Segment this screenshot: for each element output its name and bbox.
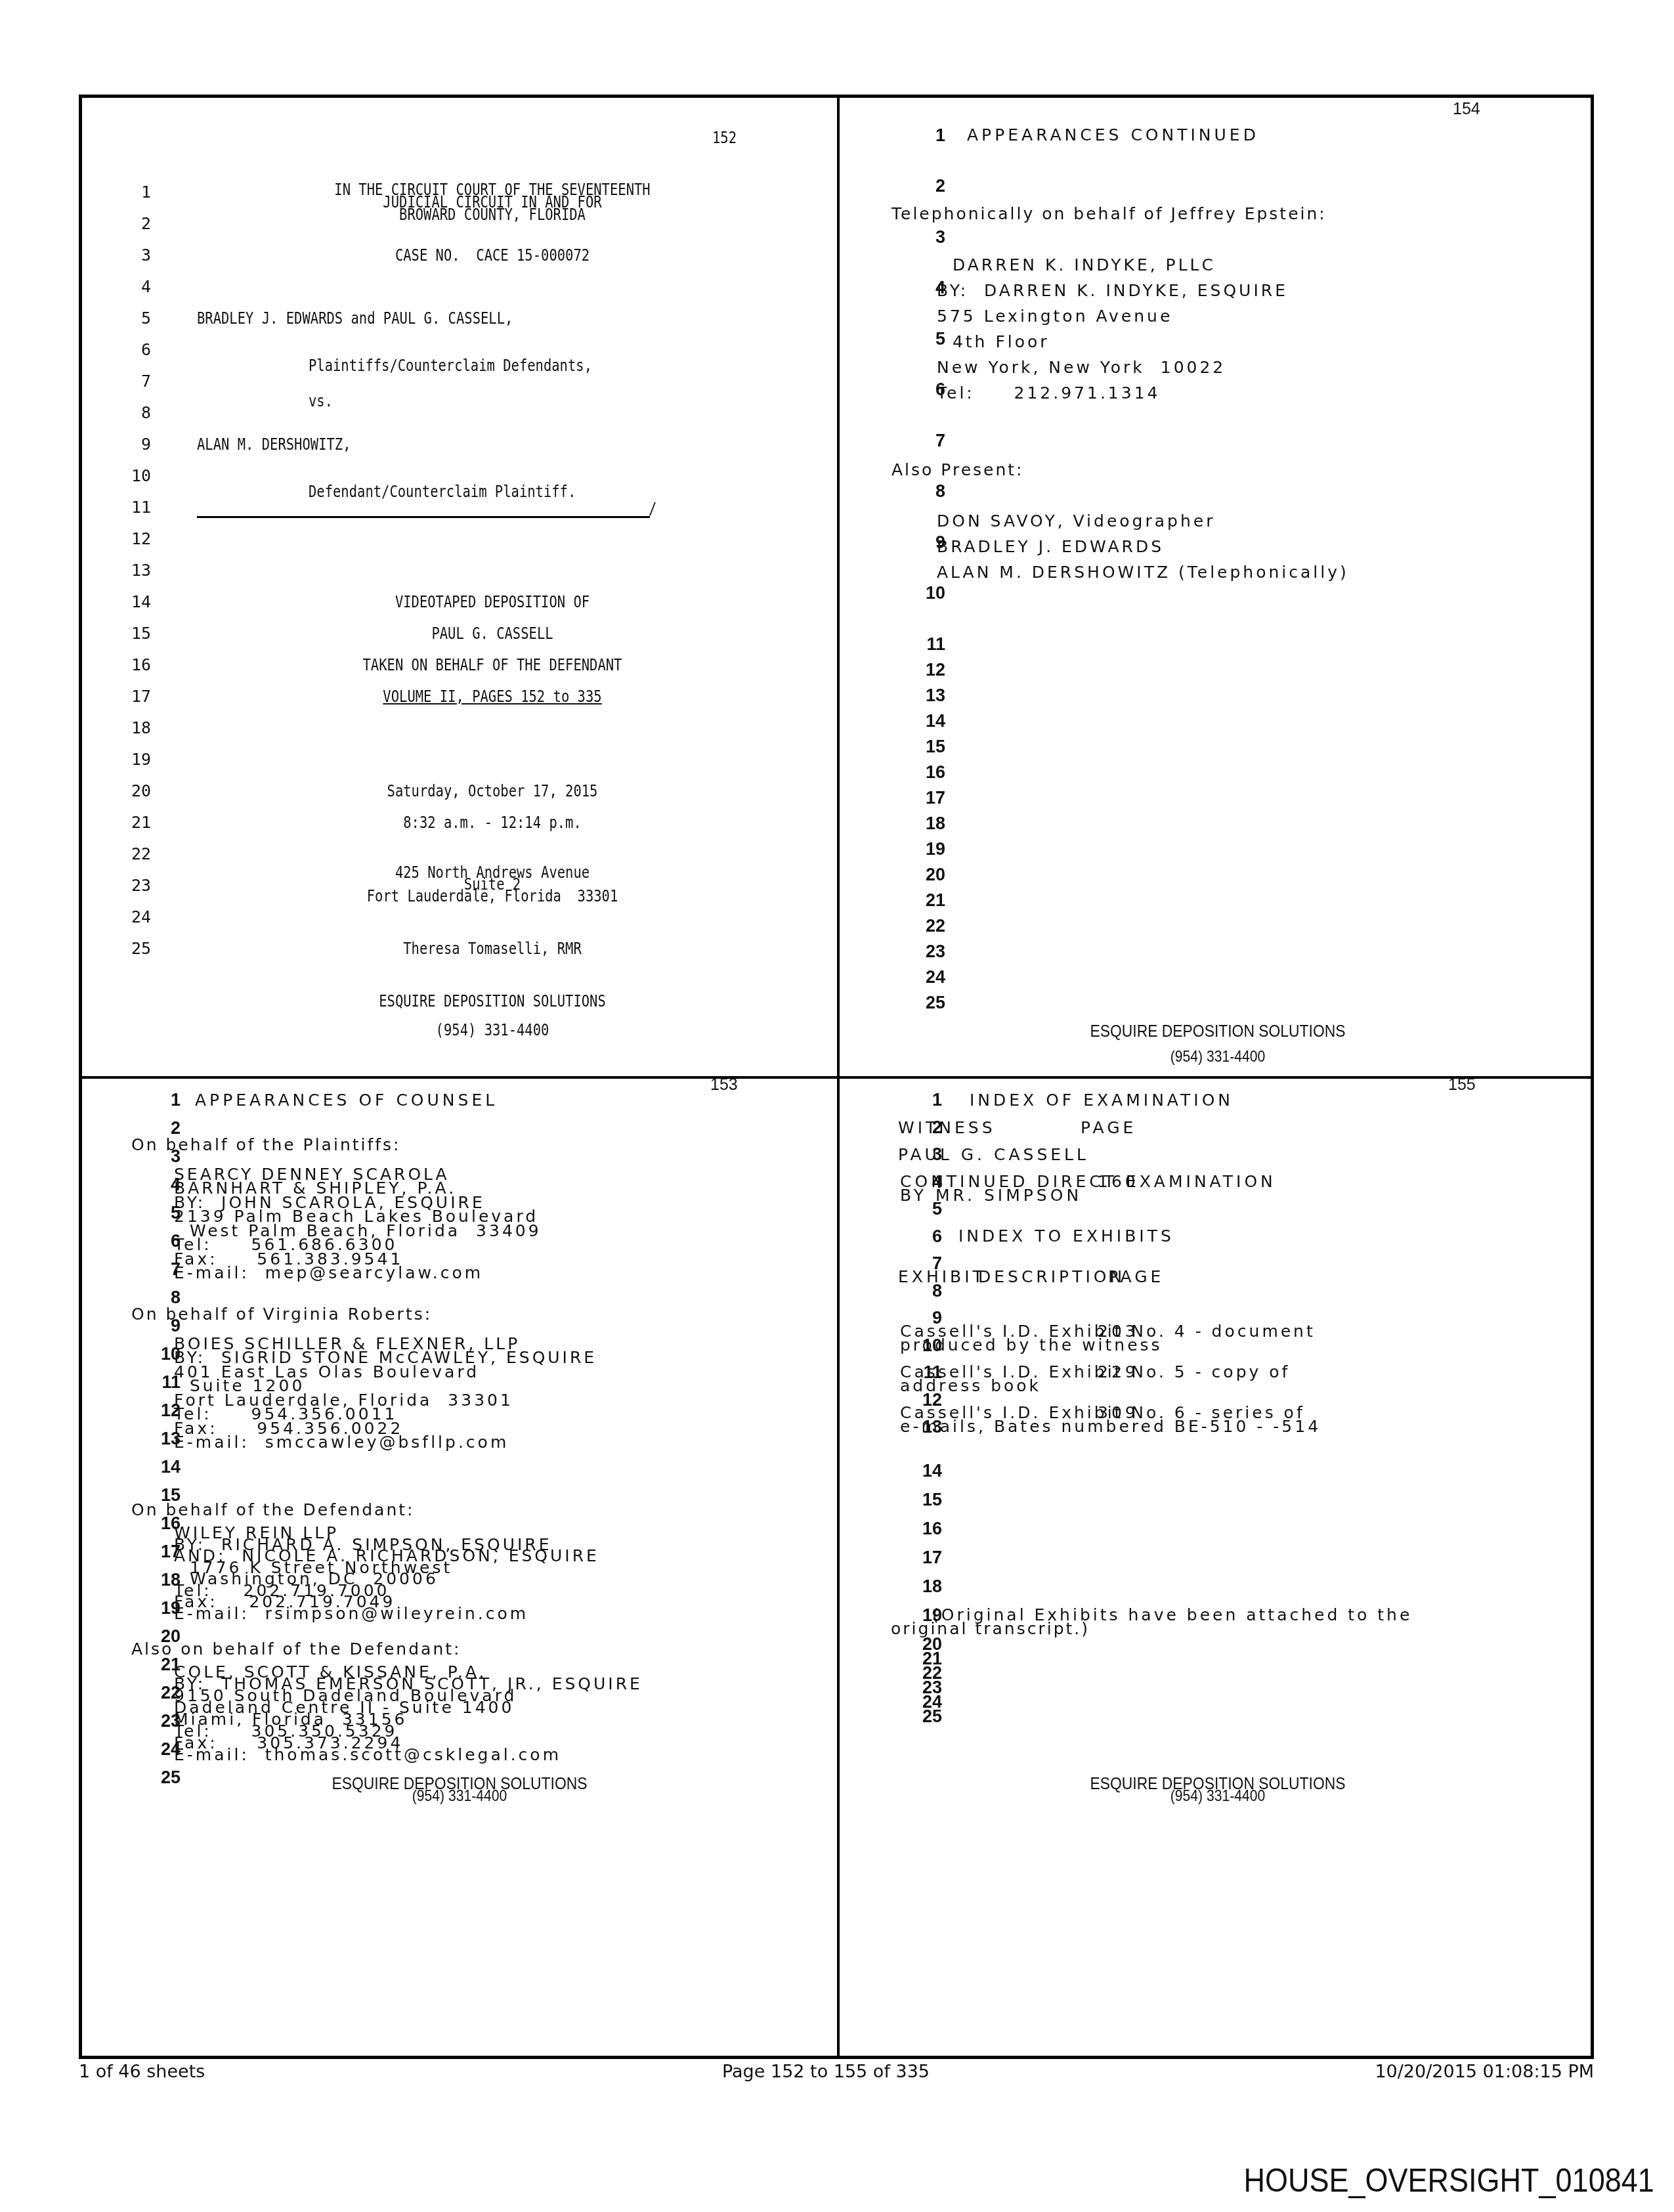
caption-rule (197, 516, 650, 518)
witness-name: PAUL G. CASSELL (250, 625, 735, 641)
counsel-line: New York, New York 10022 (937, 359, 1226, 376)
counsel-line: E-mail: thomas.scott@csklegal.com (174, 1746, 561, 1763)
line-number: 18 (112, 720, 151, 736)
line-number: 6 (112, 341, 151, 358)
line-number: 4 (112, 278, 151, 295)
defendant-role: Defendant/Counterclaim Plaintiff. (309, 483, 576, 500)
footer-phone: (954) 331-4400 (127, 1789, 792, 1804)
court-name-line3: BROWARD COUNTY, FLORIDA (250, 206, 735, 223)
attendee: DON SAVOY, Videographer (937, 513, 1215, 529)
witness-column-header: WITNESS (898, 1119, 996, 1136)
party-label-also-defendant: Also on behalf of the Defendant: (131, 1641, 461, 1657)
footer-phone: (954) 331-4400 (891, 1789, 1544, 1804)
line-number: 8 (112, 404, 151, 421)
line-number: 24 (112, 909, 151, 925)
counsel-line: E-mail: smccawley@bsfllp.com (174, 1434, 509, 1450)
deposition-title: VIDEOTAPED DEPOSITION OF (250, 594, 735, 610)
also-present-label: Also Present: (891, 462, 1024, 478)
counsel-line: 575 Lexington Avenue (937, 308, 1172, 324)
witness-name: PAUL G. CASSELL (898, 1146, 1089, 1163)
line-number: 1 (112, 184, 151, 200)
line-number: 18 (906, 815, 945, 833)
line-number: 15 (112, 625, 151, 641)
footer-company: ESQUIRE DEPOSITION SOLUTIONS (891, 1022, 1544, 1039)
deposition-time: 8:32 a.m. - 12:14 p.m. (250, 814, 735, 831)
line-number: 17 (112, 688, 151, 705)
volume-pages: VOLUME II, PAGES 152 to 335 (250, 688, 735, 705)
deposition-date: Saturday, October 17, 2015 (250, 783, 735, 799)
examination-by: BY MR. SIMPSON (900, 1187, 1082, 1204)
line-number: 22 (112, 846, 151, 862)
party-label-roberts: On behalf of Virginia Roberts: (131, 1306, 432, 1322)
line-number: 10 (112, 467, 151, 484)
line-number: 5 (112, 310, 151, 326)
line-number: 13 (112, 562, 151, 578)
line-number: 23 (112, 877, 151, 894)
line-number: 25 (112, 940, 151, 957)
line-number: 8 (906, 483, 945, 500)
page-number: 153 (710, 1077, 738, 1093)
line-number: 10 (906, 584, 945, 602)
counsel-line: BY: DARREN K. INDYKE, ESQUIRE (937, 282, 1288, 299)
line-number: 11 (112, 499, 151, 515)
line-number: 18 (903, 1578, 942, 1595)
print-timestamp: 10/20/2015 01:08:15 PM (1375, 2063, 1594, 2081)
page-number: 154 (1453, 101, 1480, 118)
counsel-line: 4th Floor (937, 334, 1050, 350)
taken-on-behalf: TAKEN ON BEHALF OF THE DEFENDANT (250, 657, 735, 673)
party-label-epstein: Telephonically on behalf of Jeffrey Epst… (891, 206, 1327, 222)
line-number: 12 (906, 661, 945, 679)
line-number: 7 (112, 373, 151, 389)
page-number: 152 (712, 129, 737, 146)
exhibit-page: 229 (1098, 1364, 1139, 1380)
line-number: 14 (906, 712, 945, 730)
party-label-defendant: On behalf of the Defendant: (131, 1502, 415, 1518)
exhibits-heading: INDEX TO EXHIBITS (958, 1228, 1174, 1244)
line-number: 23 (906, 943, 945, 961)
section-heading: APPEARANCES CONTINUED (967, 127, 1259, 143)
line-number: 3 (906, 228, 945, 246)
line-number: 2 (112, 215, 151, 232)
attendee: ALAN M. DERSHOWITZ (Telephonically) (937, 564, 1349, 580)
exhibit-page: 203 (1098, 1323, 1139, 1339)
versus: vs. (309, 393, 333, 409)
line-number: 19 (112, 751, 151, 768)
bates-number: HOUSE_OVERSIGHT_010841 (1244, 2164, 1654, 2197)
line-number: 17 (903, 1549, 942, 1567)
plaintiffs-role: Plaintiffs/Counterclaim Defendants, (309, 357, 592, 374)
line-number: 24 (906, 968, 945, 986)
page-column-header: PAGE (1081, 1119, 1136, 1136)
line-number: 8 (141, 1289, 181, 1307)
line-number: 14 (141, 1458, 181, 1476)
caption-rule-end: / (649, 500, 656, 517)
counsel-line: Tel: 212.971.1314 (937, 385, 1160, 401)
page-range: Page 152 to 155 of 335 (722, 2063, 930, 2081)
line-number: 13 (906, 687, 945, 705)
line-number: 11 (906, 636, 945, 653)
sheet-count: 1 of 46 sheets (79, 2063, 205, 2081)
plaintiffs-names: BRADLEY J. EDWARDS and PAUL G. CASSELL, (197, 310, 513, 326)
exhibit-description-cont: address book (900, 1377, 1041, 1394)
line-number: 25 (903, 1708, 942, 1725)
address-line3: Fort Lauderdale, Florida 33301 (250, 888, 735, 904)
exhibits-note-cont: original transcript.) (891, 1620, 1090, 1637)
exhibit-page: 309 (1098, 1404, 1139, 1421)
footer-company: ESQUIRE DEPOSITION SOLUTIONS (250, 993, 735, 1009)
line-number: 16 (903, 1520, 942, 1538)
line-number: 15 (906, 738, 945, 756)
line-number: 1 (906, 127, 945, 144)
line-number: 20 (906, 866, 945, 884)
line-number: 22 (906, 917, 945, 935)
row-divider (79, 1076, 1594, 1079)
attendee: BRADLEY J. EDWARDS (937, 538, 1164, 555)
party-label-plaintiffs: On behalf of the Plaintiffs: (131, 1137, 401, 1153)
line-number: 9 (112, 436, 151, 452)
line-number: 2 (906, 177, 945, 195)
line-number: 16 (906, 764, 945, 781)
line-number: 14 (903, 1462, 942, 1480)
line-number: 20 (112, 783, 151, 799)
counsel-line: E-mail: rsimpson@wileyrein.com (174, 1605, 528, 1622)
line-number: 21 (906, 892, 945, 909)
court-reporter: Theresa Tomaselli, RMR (250, 940, 735, 957)
line-number: 17 (906, 789, 945, 807)
exhibit-page-column-header: PAGE (1108, 1269, 1164, 1285)
case-number: CASE NO. CACE 15-000072 (250, 247, 735, 263)
defendant-name: ALAN M. DERSHOWITZ, (197, 436, 351, 452)
examination-page: 160 (1098, 1173, 1139, 1190)
section-heading: APPEARANCES OF COUNSEL (195, 1092, 498, 1108)
description-column-header: DESCRIPTION (978, 1269, 1125, 1285)
line-number: 16 (112, 657, 151, 673)
footer-phone: (954) 331-4400 (250, 1022, 735, 1038)
exhibit-column-header: EXHIBIT (898, 1269, 986, 1285)
line-number: 19 (906, 840, 945, 858)
counsel-line: E-mail: mep@searcylaw.com (174, 1265, 483, 1281)
line-number: 1 (141, 1091, 181, 1109)
line-number: 12 (112, 531, 151, 547)
line-number: 6 (903, 1228, 942, 1246)
counsel-line: DARREN K. INDYKE, PLLC (937, 257, 1216, 273)
line-number: 7 (906, 432, 945, 450)
line-number: 21 (112, 814, 151, 831)
line-number: 14 (112, 594, 151, 610)
section-heading: INDEX OF EXAMINATION (970, 1092, 1234, 1108)
line-number: 2 (141, 1119, 181, 1137)
line-number: 1 (903, 1091, 942, 1109)
line-number: 25 (906, 994, 945, 1012)
page-number: 155 (1448, 1077, 1476, 1093)
line-number: 15 (903, 1491, 942, 1509)
line-number: 3 (112, 247, 151, 263)
footer-phone: (954) 331-4400 (891, 1049, 1544, 1065)
